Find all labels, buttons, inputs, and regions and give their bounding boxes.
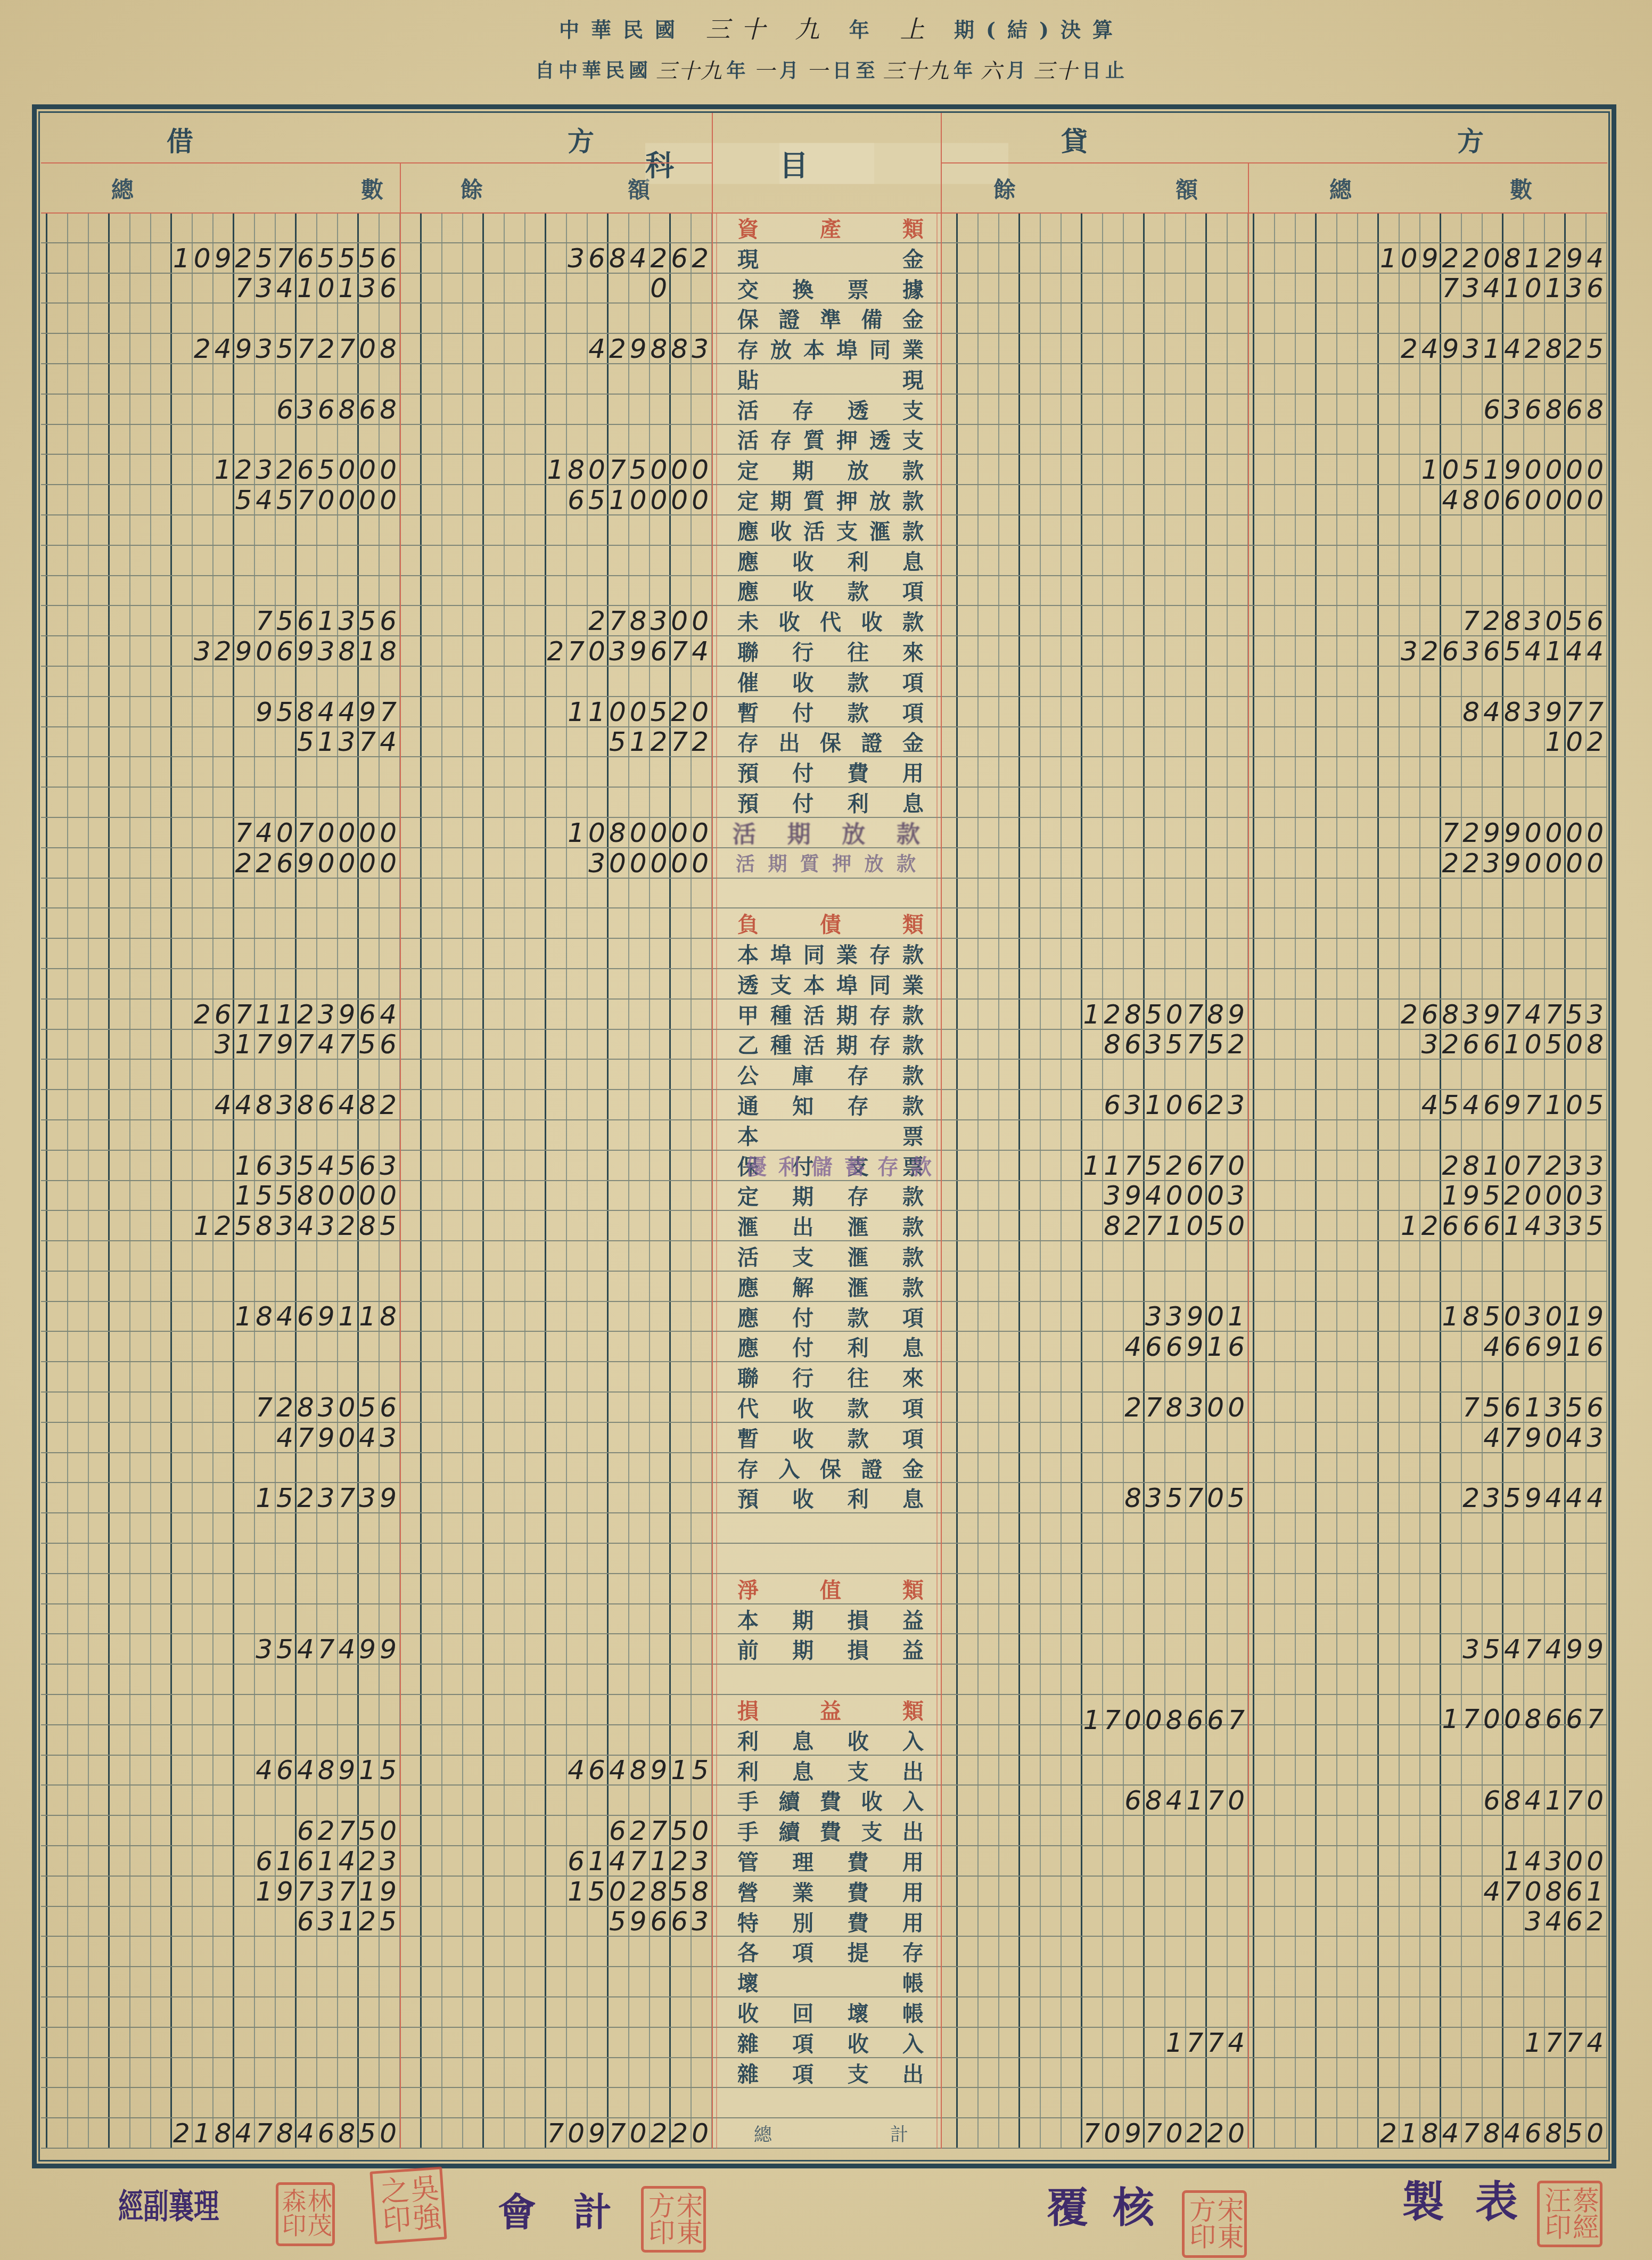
credit-balance-cell	[941, 304, 1248, 333]
credit-balance-amount: 8635752	[1104, 1031, 1248, 1058]
subject-label: 定期存款	[737, 1181, 924, 1210]
subject-char: 用	[902, 1876, 924, 1906]
subject-char: 損	[737, 1694, 759, 1725]
subject-char: 類	[902, 1574, 924, 1604]
subject-cell	[712, 1513, 941, 1543]
subject-cell: 甲種活期存款	[712, 1000, 941, 1029]
debit-balance-cell	[400, 1574, 712, 1603]
blank-row	[41, 1513, 1607, 1544]
debit-total-cell	[41, 1513, 400, 1543]
subject-cell: 應收利息	[712, 546, 941, 575]
account-row: 7283056 代收款項 278300 7561356	[41, 1393, 1607, 1423]
subject-char: 費	[848, 1906, 869, 1937]
credit-total-amount: 21847846850	[1380, 2120, 1607, 2147]
debit-total-cell	[41, 879, 400, 908]
subject-cell: 存入保證金	[712, 1453, 941, 1483]
debit-total-amount: 448386482	[215, 1092, 400, 1118]
subject-char: 項	[902, 575, 924, 605]
debit-balance-cell: 6510000	[400, 485, 712, 514]
debit-total-cell	[41, 939, 400, 968]
subject-cell: 代收款項	[712, 1393, 941, 1422]
subject-label: 預收利息	[737, 1483, 924, 1512]
subject-char: 值	[820, 1574, 841, 1604]
seal-stamp: 吳強之印	[369, 2166, 447, 2244]
subject-label: 營業費用	[737, 1877, 924, 1906]
subject-char: 押	[832, 849, 851, 877]
debit-side-label-2: 方	[568, 120, 594, 159]
subject-cell: 利息支出	[712, 1756, 941, 1785]
credit-balance-cell: 70970220	[941, 2118, 1248, 2148]
subject-label	[737, 1544, 924, 1573]
credit-total-cell: 1774	[1248, 2028, 1607, 2057]
credit-total-cell: 17008667	[1248, 1725, 1607, 1755]
subject-cell	[712, 1665, 941, 1694]
debit-total-cell	[41, 1060, 400, 1089]
credit-total-amount: 2493142825	[1401, 335, 1607, 362]
debit-total-cell	[41, 2028, 400, 2057]
credit-balance-cell: 33901	[941, 1302, 1248, 1331]
subject-char: 甲	[737, 999, 759, 1029]
debit-total-cell	[41, 1997, 400, 2027]
subject-label: 催收款項	[737, 667, 924, 696]
debit-balance-cell	[400, 1997, 712, 2027]
debit-balance-cell	[400, 1060, 712, 1089]
subject-char: 款	[848, 1422, 869, 1453]
credit-balance-cell	[941, 243, 1248, 273]
debit-balance-cell: 4648915	[400, 1756, 712, 1785]
subject-char: 款	[902, 485, 924, 515]
subject-char: 款	[897, 849, 916, 877]
account-row: 活存質押透支	[41, 425, 1607, 455]
debit-balance-cell	[400, 364, 712, 394]
credit-total-cell	[1248, 1967, 1607, 1996]
debit-balance-cell: 6147123	[400, 1846, 712, 1876]
subject-char: 存	[869, 1029, 891, 1059]
credit-total-header-1: 總	[1329, 173, 1352, 204]
account-row: 3547499 前期損益 3547499	[41, 1634, 1607, 1665]
subject-char: 期	[770, 485, 792, 515]
debit-total-cell	[41, 364, 400, 394]
subject-char: 存	[848, 1090, 869, 1120]
credit-balance-cell	[941, 1423, 1248, 1452]
account-row: 2493572708 429883 存放本埠同業 2493142825	[41, 334, 1607, 364]
subject-char: 往	[848, 636, 869, 666]
subject-char: 期	[792, 1180, 813, 1210]
account-row: 4648915 4648915 利息支出	[41, 1756, 1607, 1786]
credit-total-amount: 3263654144	[1401, 638, 1607, 665]
subject-char: 營	[737, 1876, 759, 1906]
credit-total-amount: 1266614335	[1401, 1213, 1607, 1239]
subject-label: 公庫存款	[737, 1060, 924, 1089]
stamp-char: 存	[877, 1150, 899, 1181]
debit-side-label-1: 借	[167, 120, 193, 159]
subject-label: 手續費支出	[737, 1816, 924, 1845]
subject-char: 費	[820, 1815, 841, 1846]
debit-total-cell	[41, 1332, 400, 1361]
subject-label: 活支滙款	[737, 1241, 924, 1271]
subject-char: 暫	[737, 697, 759, 727]
subject-char: 款	[848, 697, 869, 727]
subject-char: 出	[902, 2058, 924, 2088]
credit-total-cell: 19520003	[1248, 1181, 1607, 1210]
subject-cell: 手續費支出	[712, 1816, 941, 1845]
debit-total-cell: 2671123964	[41, 1000, 400, 1029]
account-row: 應解滙款	[41, 1272, 1607, 1302]
credit-balance-amount: 8271050	[1104, 1213, 1248, 1239]
debit-total-cell: 7561356	[41, 606, 400, 635]
subject-char: 出	[792, 1210, 813, 1241]
credit-side-label-1: 貸	[1061, 120, 1088, 159]
debit-balance-cell	[400, 2028, 712, 2057]
subject-label: 前期損益	[737, 1634, 924, 1664]
credit-total-cell	[1248, 1120, 1607, 1150]
credit-balance-cell	[941, 1453, 1248, 1483]
subject-char: 款	[902, 999, 924, 1029]
subject-char: 公	[737, 1059, 759, 1090]
account-row: 雜項支出	[41, 2058, 1607, 2089]
debit-balance-cell	[400, 1483, 712, 1512]
subject-cell: 公庫存款	[712, 1060, 941, 1089]
subject-char: 雜	[737, 2058, 759, 2088]
subject-char: 來	[902, 1362, 924, 1392]
subject-char: 款	[902, 1210, 924, 1241]
credit-total-cell: 21847846850	[1248, 2118, 1607, 2148]
debit-total-cell	[41, 1937, 400, 1966]
handwritten-fill: 一	[807, 54, 829, 85]
subject-char: 質	[800, 849, 819, 877]
subject-char: 質	[803, 485, 825, 515]
subject-label: 通知存款	[737, 1090, 924, 1119]
subject-char: 息	[792, 1725, 813, 1755]
credit-total-cell	[1248, 908, 1607, 938]
credit-total-amount: 19520003	[1442, 1182, 1608, 1209]
account-row: 479043 暫收款項 479043	[41, 1423, 1607, 1453]
subject-char: 存	[792, 394, 813, 424]
subject-char: 息	[902, 787, 924, 817]
subject-cell: 活期質押放款	[712, 848, 941, 878]
subject-char: 存	[869, 999, 891, 1029]
subject-char: 用	[902, 757, 924, 787]
subject-char: 來	[902, 636, 924, 666]
debit-balance-cell	[400, 1786, 712, 1815]
credit-total-cell	[1248, 667, 1607, 696]
printed-text: 年	[954, 56, 977, 83]
subject-char: 存	[737, 333, 759, 364]
debit-total-amount: 123265000	[215, 456, 400, 483]
debit-total-amount: 73410136	[235, 275, 401, 301]
debit-total-cell: 15580000	[41, 1181, 400, 1210]
subject-cell: 預付利息	[712, 788, 941, 817]
subject-char: 項	[902, 1422, 924, 1453]
subject-label: 管理費用	[737, 1846, 924, 1876]
debit-total-amount: 7561356	[256, 608, 400, 634]
credit-total-cell	[1248, 1241, 1607, 1271]
account-row: 活支滙款	[41, 1241, 1607, 1272]
subject-char: 支	[770, 969, 792, 999]
account-row: 利息收入 17008667 17008667	[41, 1725, 1607, 1756]
subject-char: 透	[869, 424, 891, 454]
handwritten-fill: 一	[753, 54, 776, 85]
subject-label: 負債類	[737, 908, 924, 938]
debit-balance-cell	[400, 908, 712, 938]
debit-total-cell	[41, 1604, 400, 1634]
subject-cell: 本埠同業存款	[712, 939, 941, 968]
subject-char: 業	[792, 1876, 813, 1906]
debit-total-amount: 22690000	[235, 850, 401, 877]
account-row: 317974756 乙種活期存款 8635752 326610508	[41, 1030, 1607, 1060]
subject-char: 回	[792, 1997, 813, 2027]
subject-char: 類	[902, 212, 924, 243]
subject-char: 活	[733, 815, 756, 849]
subject-char: 暫	[737, 1422, 759, 1453]
credit-total-cell	[1248, 364, 1607, 394]
subject-label: 淨值類	[737, 1574, 924, 1603]
subject-char: 保	[737, 303, 759, 333]
account-row: 存入保證金	[41, 1453, 1607, 1484]
debit-balance-cell	[400, 1362, 712, 1391]
subject-char: 滙	[737, 1210, 759, 1241]
subject-char: 息	[902, 1483, 924, 1513]
subject-cell	[712, 879, 941, 908]
stamp-char: 儲	[811, 1150, 833, 1181]
debit-balance-cell	[400, 1695, 712, 1724]
debit-balance-cell: 1502858	[400, 1877, 712, 1906]
credit-balance-cell	[941, 213, 1248, 242]
subject-char: 款	[902, 515, 924, 545]
subject-char: 保	[820, 726, 841, 757]
credit-balance-cell	[941, 1362, 1248, 1391]
subject-cell: 催收款項	[712, 667, 941, 696]
credit-total-amount: 470861	[1483, 1878, 1607, 1905]
debit-total-cell: 636868	[41, 395, 400, 424]
subject-cell: 壞帳	[712, 1967, 941, 1996]
subject-label: 保證準備金	[737, 304, 924, 333]
subject-cell: 貼現	[712, 364, 941, 394]
account-row: 收回壞帳	[41, 1997, 1607, 2028]
total-row: 21847846850 70970220 總計 70970220 2184784…	[41, 2118, 1607, 2149]
credit-balance-cell: 1774	[941, 2028, 1248, 2057]
credit-total-cell: 14300	[1248, 1846, 1607, 1876]
credit-total-cell: 1266614335	[1248, 1211, 1607, 1240]
subject-char: 期	[792, 1634, 813, 1664]
credit-balance-cell	[941, 697, 1248, 726]
debit-balance-cell: 1100520	[400, 697, 712, 726]
credit-balance-cell	[941, 2088, 1248, 2117]
credit-balance-cell: 6310623	[941, 1090, 1248, 1119]
ledger-table-body: 資產類 10925765556 3684262 現金 10922081294 7…	[41, 213, 1607, 2149]
subject-label: 活存透支	[737, 395, 924, 424]
debit-total-cell	[41, 1362, 400, 1391]
account-row: 15580000 定期存款 3940003 19520003	[41, 1181, 1607, 1211]
subject-char: 支	[902, 424, 924, 454]
debit-balance-cell	[400, 395, 712, 424]
debit-total-cell: 51374	[41, 727, 400, 757]
account-row: 保證準備金	[41, 304, 1607, 334]
subject-char: 債	[820, 908, 841, 938]
credit-total-cell	[1248, 1362, 1607, 1391]
debit-total-amount: 479043	[276, 1424, 400, 1451]
subject-cell: 管理費用	[712, 1846, 941, 1876]
subject-cell: 應付款項	[712, 1302, 941, 1331]
subject-char: 換	[792, 273, 813, 304]
credit-total-cell: 479043	[1248, 1423, 1607, 1452]
subject-label: 透支本埠同業	[737, 969, 924, 998]
debit-total-amount: 4648915	[256, 1757, 400, 1783]
credit-balance-cell	[941, 1544, 1248, 1573]
subject-char: 款	[897, 815, 920, 849]
debit-total-cell: 16354563	[41, 1151, 400, 1180]
debit-balance-amount: 62750	[609, 1817, 712, 1844]
subject-char: 存	[770, 424, 792, 454]
subject-char: 期	[787, 815, 811, 849]
debit-total-cell	[41, 1453, 400, 1483]
subject-label: 應收活支滙款	[737, 515, 924, 545]
debit-total-cell: 18469118	[41, 1302, 400, 1331]
printed-text: 月	[1006, 56, 1030, 83]
account-row: 18469118 應付款項 33901 18503019	[41, 1302, 1607, 1332]
subject-char: 通	[737, 1090, 759, 1120]
subject-label: 乙種活期存款	[737, 1030, 924, 1059]
subject-char: 費	[820, 1785, 841, 1815]
credit-total-amount: 3547499	[1462, 1636, 1607, 1663]
credit-total-amount: 105190000	[1421, 456, 1607, 483]
handwritten-fill: 三十	[706, 10, 776, 45]
subject-cell: 應付利息	[712, 1332, 941, 1361]
signature-reviewer-label: 覆核	[1047, 2188, 1179, 2229]
subject-char: 行	[792, 1362, 813, 1392]
subject-char: 金	[902, 726, 924, 757]
subject-char: 同	[869, 969, 891, 999]
subject-char: 存	[869, 938, 891, 969]
subject-label: 總計	[754, 2118, 908, 2148]
subject-char: 帳	[902, 1967, 924, 1997]
subject-label: 預付費用	[737, 757, 924, 787]
subject-char: 同	[869, 333, 891, 364]
credit-total-amount: 2359444	[1462, 1485, 1607, 1511]
debit-balance-amount: 429883	[588, 335, 712, 362]
credit-total-amount: 479043	[1483, 1424, 1607, 1451]
credit-balance-amount: 11752670	[1083, 1152, 1249, 1179]
printed-text: 年	[726, 56, 750, 83]
debit-balance-cell	[400, 1423, 712, 1452]
account-row: 448386482 通知存款 6310623 454697105	[41, 1090, 1607, 1120]
credit-total-cell	[1248, 2088, 1607, 2117]
debit-total-cell	[41, 576, 400, 605]
debit-balance-cell	[400, 1725, 712, 1755]
blank-row	[41, 2088, 1607, 2118]
debit-total-cell: 479043	[41, 1423, 400, 1452]
subject-char: 款	[902, 1180, 924, 1210]
subject-char: 行	[792, 636, 813, 666]
credit-total-cell	[1248, 515, 1607, 545]
debit-balance-cell	[400, 1000, 712, 1029]
subject-char: 金	[902, 1453, 924, 1483]
credit-total-amount: 466916	[1483, 1333, 1607, 1360]
subject-char: 款	[902, 1090, 924, 1120]
subject-cell: 保證準備金	[712, 304, 941, 333]
handwritten-fill: 三十	[1033, 54, 1078, 85]
debit-balance-amount: 300000	[588, 850, 712, 877]
credit-balance-header-1: 餘	[993, 173, 1016, 204]
account-row: 透支本埠同業	[41, 969, 1607, 1000]
debit-balance-cell	[400, 546, 712, 575]
subject-char: 埠	[770, 938, 792, 969]
credit-total-cell: 72990000	[1248, 818, 1607, 847]
credit-balance-cell: 8271050	[941, 1211, 1248, 1240]
subject-char: 支	[902, 394, 924, 424]
stamp-char: 優	[745, 1150, 767, 1181]
credit-total-cell: 105190000	[1248, 455, 1607, 484]
debit-total-cell: 1523739	[41, 1483, 400, 1512]
subject-label: 甲種活期存款	[737, 1000, 924, 1029]
subject-cell: 滙出滙款	[712, 1211, 941, 1240]
subject-label: 資產類	[737, 213, 924, 242]
credit-total-cell	[1248, 1665, 1607, 1694]
account-row: 公庫存款	[41, 1060, 1607, 1090]
printed-text: 中華民國	[559, 13, 687, 43]
debit-total-amount: 16354563	[235, 1152, 401, 1179]
debit-balance-cell	[400, 1513, 712, 1543]
debit-balance-amount: 0	[650, 275, 671, 301]
subject-char: 支	[848, 2058, 869, 2088]
subject-char: 項	[902, 1301, 924, 1332]
subject-char: 庫	[792, 1059, 813, 1090]
debit-balance-cell	[400, 667, 712, 696]
debit-total-amount: 7283056	[256, 1394, 400, 1421]
debit-total-cell	[41, 1544, 400, 1573]
credit-balance-cell	[941, 667, 1248, 696]
subject-char: 入	[902, 1725, 924, 1755]
subject-char: 款	[848, 666, 869, 697]
debit-total-cell: 6161423	[41, 1846, 400, 1876]
subject-char: 代	[820, 605, 841, 636]
credit-total-cell	[1248, 576, 1607, 605]
credit-column-divider	[1248, 163, 1249, 2149]
subject-label: 收回壞帳	[737, 1997, 924, 2027]
subject-char: 證	[779, 303, 800, 333]
debit-column-divider	[400, 163, 401, 2149]
subject-char: 往	[848, 1362, 869, 1392]
debit-balance-cell	[400, 1544, 712, 1573]
debit-balance-cell: 62750	[400, 1816, 712, 1845]
subject-cell: 利息收入	[712, 1725, 941, 1755]
account-row: 聯行往來	[41, 1362, 1607, 1393]
subject-char: 活	[803, 515, 825, 545]
subject-cell: 聯行往來	[712, 1362, 941, 1391]
subject-char: 項	[902, 697, 924, 727]
subject-cell: 應解滙款	[712, 1272, 941, 1301]
credit-total-cell	[1248, 1604, 1607, 1634]
subject-char: 貼	[737, 364, 759, 394]
subject-label: 雜項支出	[737, 2058, 924, 2087]
credit-total-amount: 326610508	[1421, 1031, 1607, 1058]
debit-balance-cell	[400, 1332, 712, 1361]
subject-char: 代	[737, 1392, 759, 1422]
credit-total-header-2: 數	[1510, 173, 1532, 204]
subject-left-rule-inner	[716, 213, 717, 2149]
subject-label: 預付利息	[737, 788, 924, 817]
debit-balance-amount: 27039674	[547, 638, 713, 665]
subject-char: 付	[792, 1301, 813, 1332]
debit-total-cell	[41, 1725, 400, 1755]
seal-stamp: 林茂森印	[276, 2182, 335, 2246]
subject-char: 應	[737, 545, 759, 576]
subject-label: 滙出滙款	[737, 1211, 924, 1240]
debit-balance-cell: 278300	[400, 606, 712, 635]
credit-balance-cell: 466916	[941, 1332, 1248, 1361]
subject-label: 定期質押放款	[737, 485, 924, 514]
subject-char: 費	[848, 1876, 869, 1906]
